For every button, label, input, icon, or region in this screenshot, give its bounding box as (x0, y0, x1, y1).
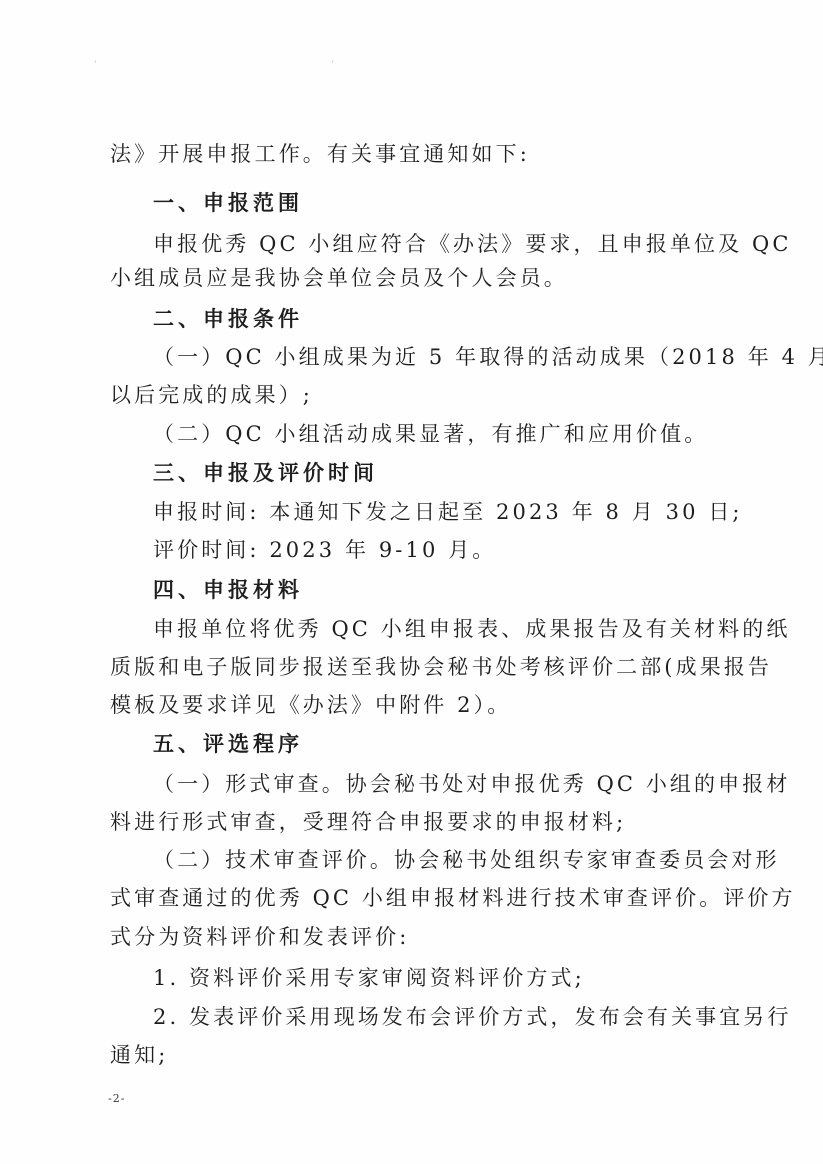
paragraph-line: 1. 资料评价采用专家审阅资料评价方式; (153, 965, 585, 991)
paragraph-line: 申报时间: 本通知下发之日起至 2023 年 8 月 30 日; (153, 499, 743, 525)
paragraph-line: 2. 发表评价采用现场发布会评价方式，发布会有关事宜另行 (153, 1004, 792, 1030)
section-heading: 二、申报条件 (153, 306, 303, 332)
scan-speck (332, 60, 333, 63)
section-heading: 五、评选程序 (153, 731, 303, 757)
paragraph-line: （二）技术审查评价。协会秘书处组织专家审查委员会对形 (153, 847, 780, 873)
paragraph-line: 申报优秀 QC 小组应符合《办法》要求，且申报单位及 QC (153, 231, 792, 257)
paragraph-line: 模板及要求详见《办法》中附件 2）。 (110, 692, 511, 718)
document-page: 法》开展申报工作。有关事宜通知如下:一、申报范围申报优秀 QC 小组应符合《办法… (0, 0, 823, 1164)
paragraph-line: 料进行形式审查，受理符合申报要求的申报材料; (110, 809, 626, 835)
scan-speck (95, 60, 96, 63)
paragraph-line: 质版和电子版同步报送至我协会秘书处考核评价二部(成果报告 (110, 654, 772, 680)
section-heading: 三、申报及评价时间 (153, 460, 378, 486)
paragraph-line: 通知; (110, 1042, 168, 1068)
paragraph-line: 法》开展申报工作。有关事宜通知如下: (110, 141, 530, 167)
paragraph-line: 以后完成的成果）; (110, 382, 313, 408)
paragraph-line: 式审查通过的优秀 QC 小组申报材料进行技术审查评价。评价方 (110, 885, 796, 911)
paragraph-line: （一）QC 小组成果为近 5 年取得的活动成果（2018 年 4 月 (153, 344, 823, 370)
paragraph-line: 评价时间: 2023 年 9-10 月。 (153, 537, 496, 563)
paragraph-line: （二）QC 小组活动成果显著，有推广和应用价值。 (153, 421, 708, 447)
paragraph-line: 小组成员应是我协会单位会员及个人会员。 (110, 265, 568, 291)
paragraph-line: （一）形式审查。协会秘书处对申报优秀 QC 小组的申报材 (153, 771, 790, 797)
section-heading: 四、申报材料 (153, 577, 303, 603)
section-heading: 一、申报范围 (153, 190, 303, 216)
page-number: -2- (108, 1092, 125, 1105)
paragraph-line: 申报单位将优秀 QC 小组申报表、成果报告及有关材料的纸 (153, 616, 790, 642)
paragraph-line: 式分为资料评价和发表评价: (110, 924, 409, 950)
